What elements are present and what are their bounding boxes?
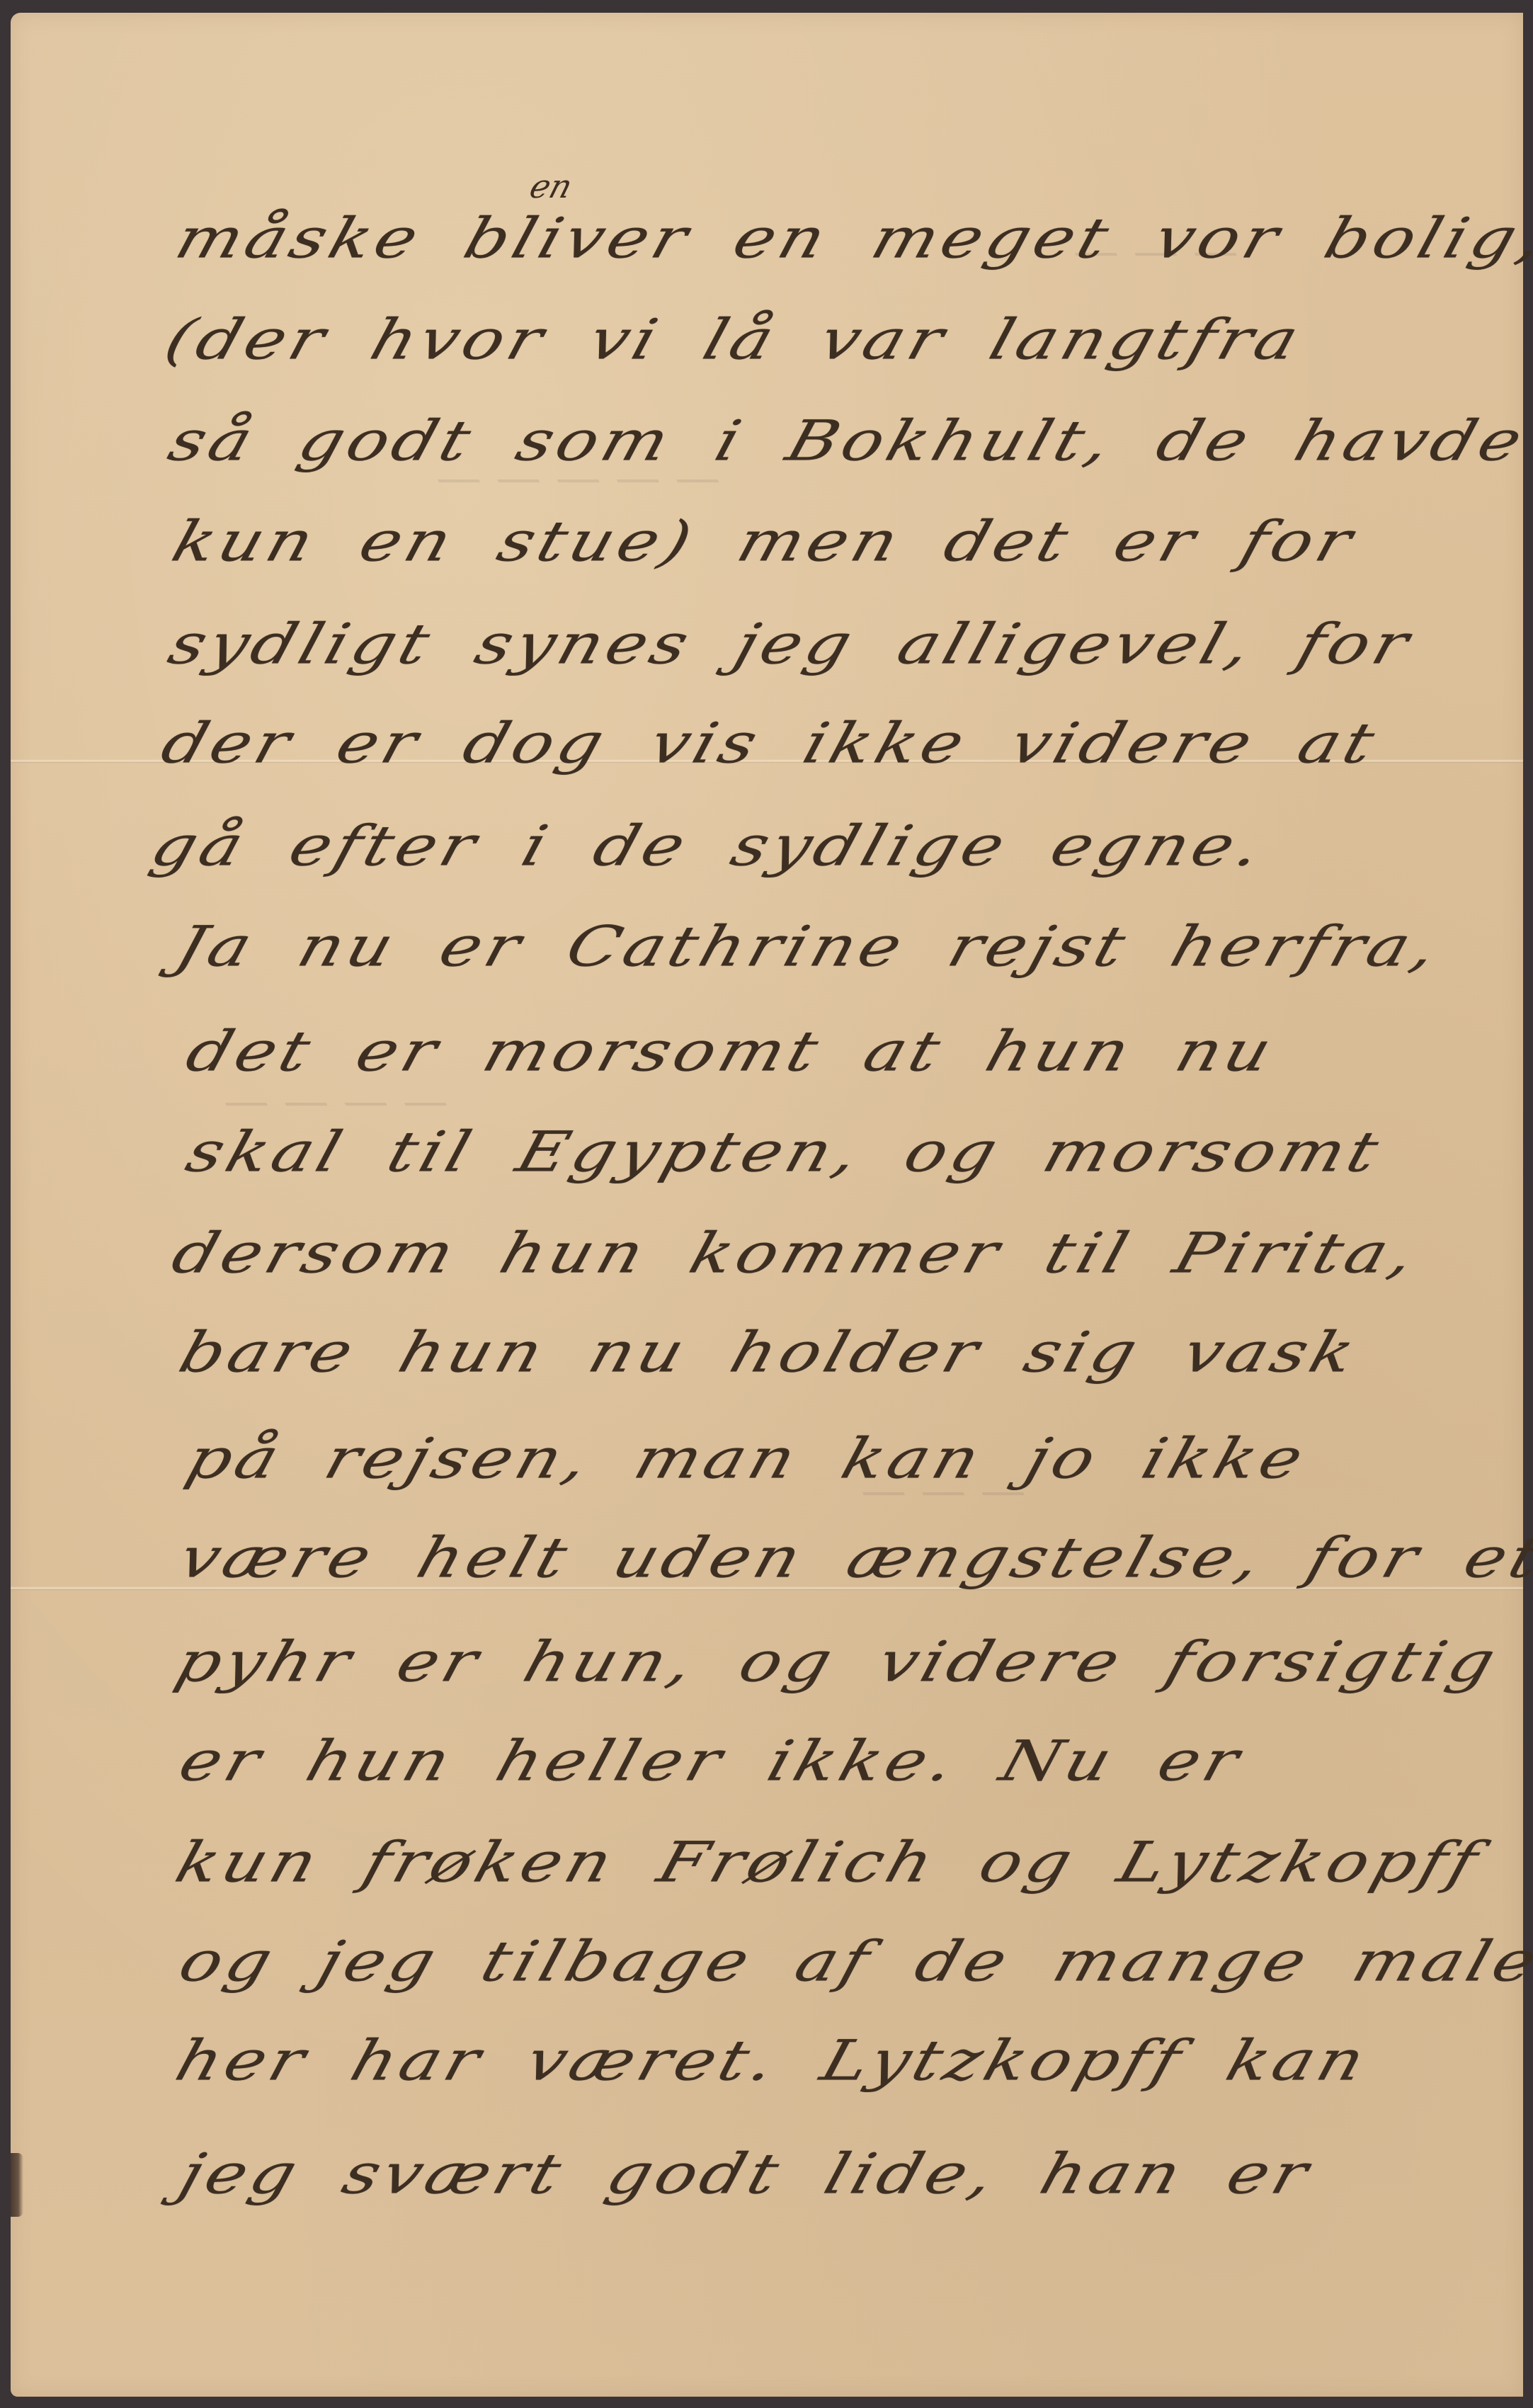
text-line-6: der er dog vis ikke videre at <box>156 715 1384 771</box>
text-line-15: pyhr er hun, og videre forsigtig <box>170 1634 1505 1690</box>
text-line-20: jeg svært godt lide, han er <box>173 2146 1318 2202</box>
text-line-18: og jeg tilbage af de mange malere <box>173 1933 1533 1989</box>
letter-page: — — — — — — — — — — — — — — — en måske b… <box>11 13 1523 2397</box>
text-line-8: Ja nu er Cathrine rejst herfra, <box>170 919 1447 975</box>
text-line-5: sydligt synes jeg alligevel, for <box>163 616 1419 672</box>
text-line-9: det er morsomt at hun nu <box>181 1023 1282 1079</box>
text-line-2: (der hvor vi lå var langtfra <box>159 312 1309 368</box>
insertion-mark: en <box>525 167 576 205</box>
text-line-12: bare hun nu holder sig vask <box>173 1324 1364 1380</box>
text-line-10: skal til Egypten, og morsomt <box>181 1124 1389 1180</box>
text-line-19: her har været. Lytzkopff kan <box>170 2033 1375 2089</box>
text-line-14: være helt uden ængstelse, for et <box>173 1530 1533 1586</box>
text-line-1: måske bliver en meget vor bolig, <box>170 210 1533 266</box>
text-line-3: så godt som i Bokhult, de havde <box>163 413 1532 469</box>
text-line-11: dersom hun kommer til Pirita, <box>166 1225 1425 1281</box>
text-line-17: kun frøken Frølich og Lytzkopff <box>170 1834 1488 1890</box>
text-line-7: gå efter i de sydlige egne. <box>145 818 1271 874</box>
ink-stain-left-edge <box>11 2153 23 2217</box>
text-line-13: på rejsen, man kan jo ikke <box>181 1431 1313 1487</box>
text-line-4: kun en stue) men det er for <box>166 513 1362 569</box>
text-line-16: er hun heller ikke. Nu er <box>173 1733 1249 1789</box>
